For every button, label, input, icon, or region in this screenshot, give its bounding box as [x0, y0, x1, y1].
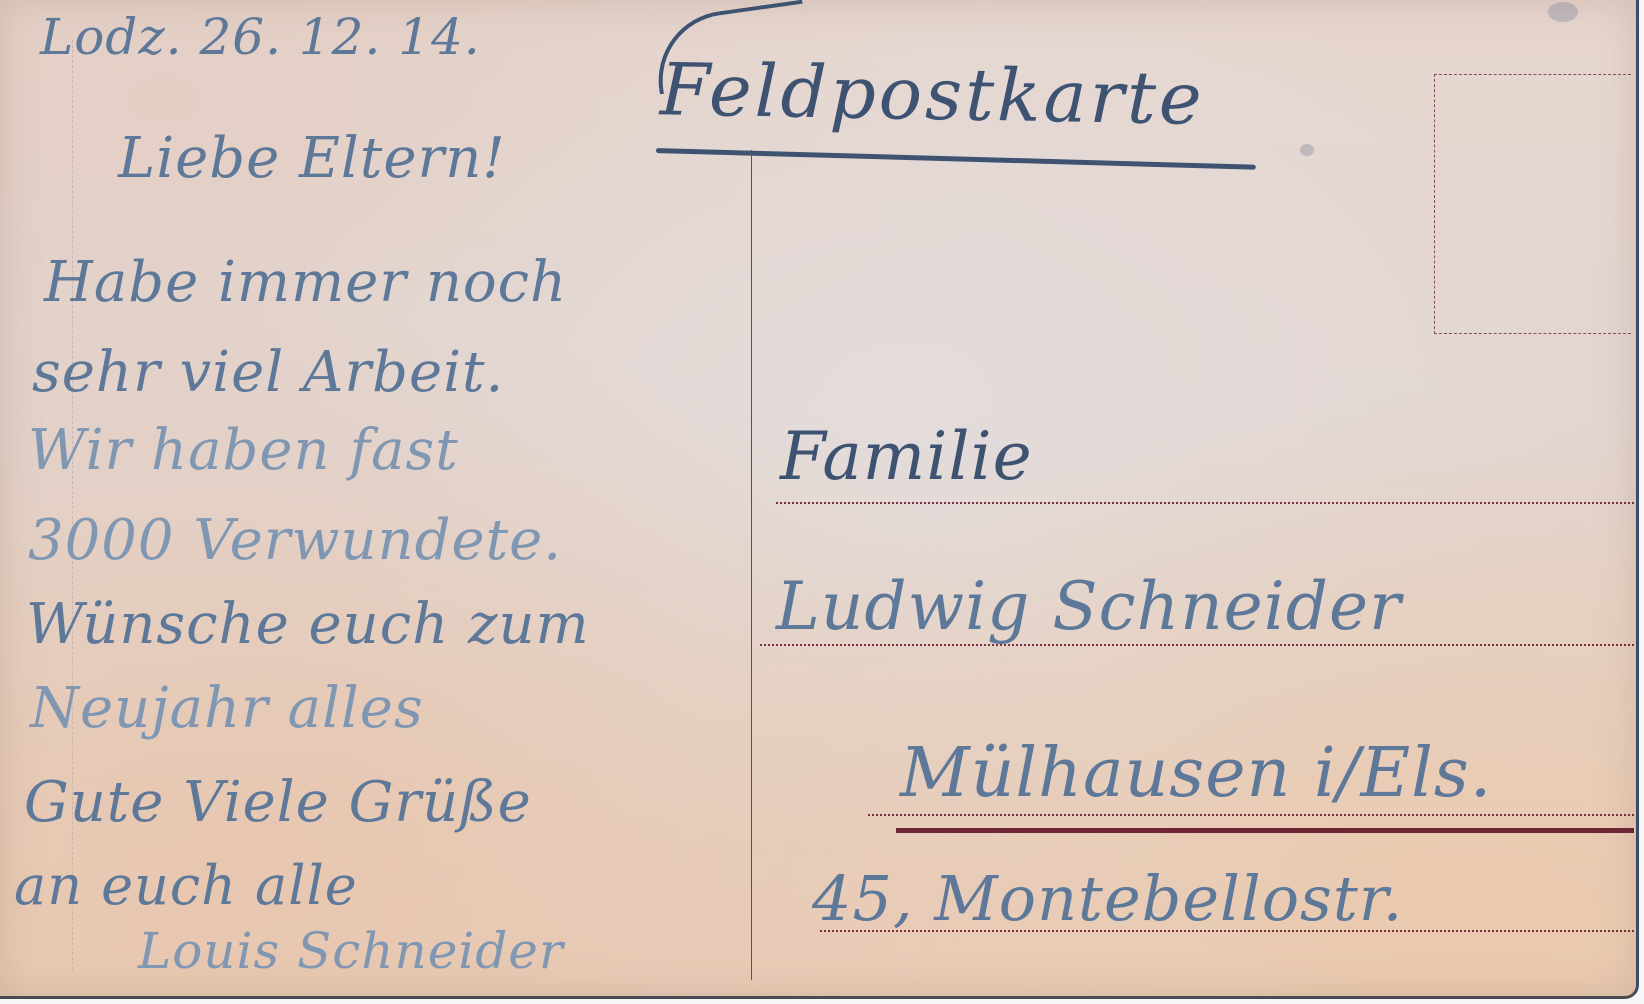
address-line-1	[776, 502, 1634, 504]
signature: Louis Schneider	[138, 922, 564, 980]
address-city-bar	[896, 828, 1634, 833]
message-line: Wir haben fast	[28, 418, 459, 483]
message-line: Habe immer noch	[44, 250, 567, 315]
recipient-street: 45, Montebellostr.	[812, 862, 1403, 935]
recipient-line-2: Ludwig Schneider	[776, 568, 1402, 645]
heading-underline	[656, 148, 1256, 170]
message-line: Neujahr alles	[30, 676, 424, 741]
place-date: Lodz. 26. 12. 14.	[40, 8, 481, 66]
message-line: an euch alle	[14, 854, 358, 917]
ink-smudge	[1300, 144, 1314, 156]
message-line: Wünsche euch zum	[26, 592, 590, 657]
recipient-city: Mülhausen i/Els.	[900, 734, 1492, 813]
message-line: Gute Viele Grüße	[24, 770, 532, 835]
ink-smudge	[1548, 2, 1578, 22]
address-line-3	[868, 814, 1634, 816]
card-divider-line	[751, 150, 752, 980]
postcard: Lodz. 26. 12. 14. Feldpostkarte Liebe El…	[0, 0, 1639, 999]
message-line: sehr viel Arbeit.	[32, 340, 504, 405]
message-line: 3000 Verwundete.	[28, 508, 562, 573]
salutation: Liebe Eltern!	[118, 126, 506, 191]
feldpostkarte-heading: Feldpostkarte	[659, 47, 1205, 140]
stamp-box	[1434, 74, 1631, 334]
recipient-line-1: Familie	[780, 418, 1033, 495]
